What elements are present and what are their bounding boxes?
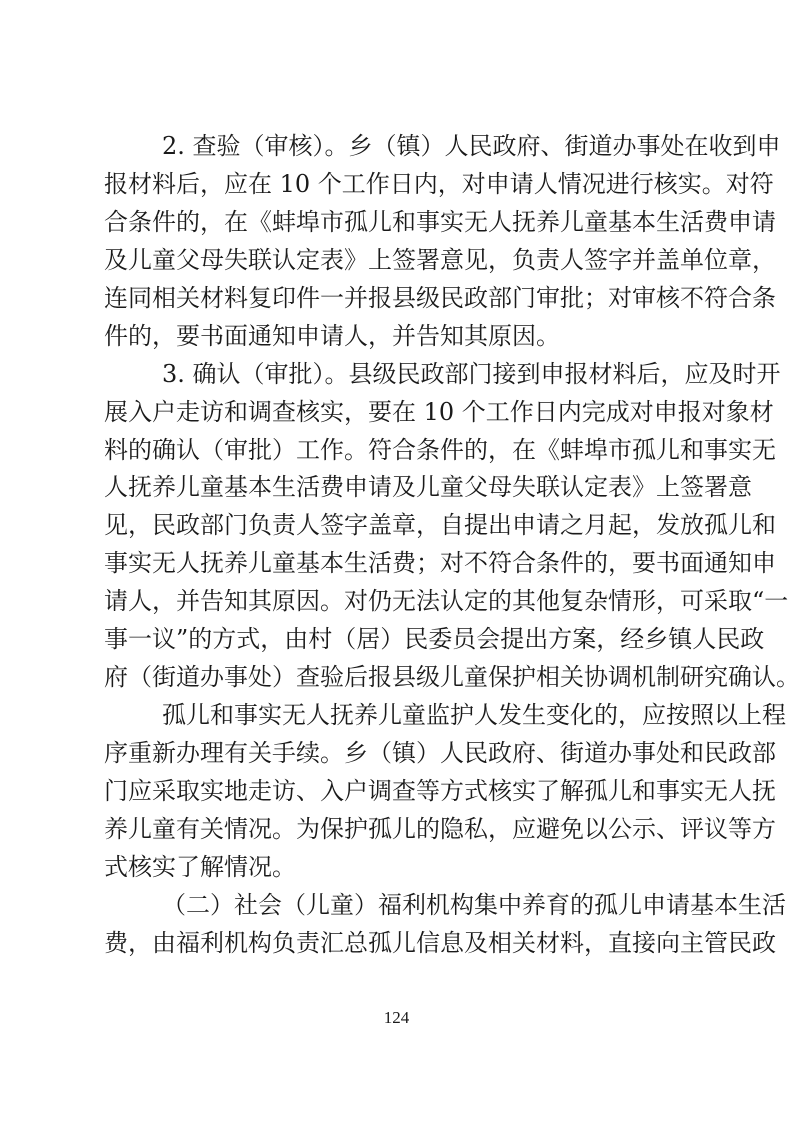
text-line: 展入户走访和调查核实，要在 10 个工作日内完成对申报对象材 bbox=[104, 394, 692, 432]
paragraph-guardian-change: 孤儿和事实无人抚养儿童监护人发生变化的，应按照以上程 序重新办理有关手续。乡（镇… bbox=[104, 697, 692, 887]
text-line: 人抚养儿童基本生活费申请及儿童父母失联认定表》上签署意 bbox=[104, 469, 692, 507]
text-line: 报材料后，应在 10 个工作日内，对申请人情况进行核实。对符 bbox=[104, 166, 692, 204]
paragraph-step-3-approval: 3. 确认（审批）。县级民政部门接到申报材料后，应及时开 展入户走访和调查核实，… bbox=[104, 356, 692, 697]
text-line: 式核实了解情况。 bbox=[104, 849, 692, 887]
text-line: 请人，并告知其原因。对仍无法认定的其他复杂情形，可采取“一 bbox=[104, 583, 692, 621]
text-line: （二）社会（儿童）福利机构集中养育的孤儿申请基本生活 bbox=[104, 887, 692, 925]
text-line: 养儿童有关情况。为保护孤儿的隐私，应避免以公示、评议等方 bbox=[104, 811, 692, 849]
text-line: 事一议”的方式，由村（居）民委员会提出方案，经乡镇人民政 bbox=[104, 621, 692, 659]
text-line: 及儿童父母失联认定表》上签署意见，负责人签字并盖单位章， bbox=[104, 242, 692, 280]
body-text: 2. 查验（审核）。乡（镇）人民政府、街道办事处在收到申 报材料后，应在 10 … bbox=[104, 128, 692, 963]
text-line: 费，由福利机构负责汇总孤儿信息及相关材料，直接向主管民政 bbox=[104, 925, 692, 963]
text-line: 府（街道办事处）查验后报县级儿童保护相关协调机制研究确认。 bbox=[104, 659, 692, 697]
text-line: 孤儿和事实无人抚养儿童监护人发生变化的，应按照以上程 bbox=[104, 697, 692, 735]
paragraph-step-2-review: 2. 查验（审核）。乡（镇）人民政府、街道办事处在收到申 报材料后，应在 10 … bbox=[104, 128, 692, 356]
text-line: 事实无人抚养儿童基本生活费；对不符合条件的，要书面通知申 bbox=[104, 545, 692, 583]
page-number: 124 bbox=[0, 1008, 793, 1028]
document-page: 2. 查验（审核）。乡（镇）人民政府、街道办事处在收到申 报材料后，应在 10 … bbox=[0, 0, 793, 1122]
text-line: 门应采取实地走访、入户调查等方式核实了解孤儿和事实无人抚 bbox=[104, 773, 692, 811]
text-line: 2. 查验（审核）。乡（镇）人民政府、街道办事处在收到申 bbox=[104, 128, 692, 166]
text-line: 连同相关材料复印件一并报县级民政部门审批；对审核不符合条 bbox=[104, 280, 692, 318]
text-line: 合条件的，在《蚌埠市孤儿和事实无人抚养儿童基本生活费申请 bbox=[104, 204, 692, 242]
text-line: 件的，要书面通知申请人，并告知其原因。 bbox=[104, 318, 692, 356]
text-line: 3. 确认（审批）。县级民政部门接到申报材料后，应及时开 bbox=[104, 356, 692, 394]
text-line: 料的确认（审批）工作。符合条件的，在《蚌埠市孤儿和事实无 bbox=[104, 432, 692, 470]
text-line: 序重新办理有关手续。乡（镇）人民政府、街道办事处和民政部 bbox=[104, 735, 692, 773]
text-line: 见，民政部门负责人签字盖章，自提出申请之月起，发放孤儿和 bbox=[104, 507, 692, 545]
paragraph-section-2-welfare-institution: （二）社会（儿童）福利机构集中养育的孤儿申请基本生活 费，由福利机构负责汇总孤儿… bbox=[104, 887, 692, 963]
